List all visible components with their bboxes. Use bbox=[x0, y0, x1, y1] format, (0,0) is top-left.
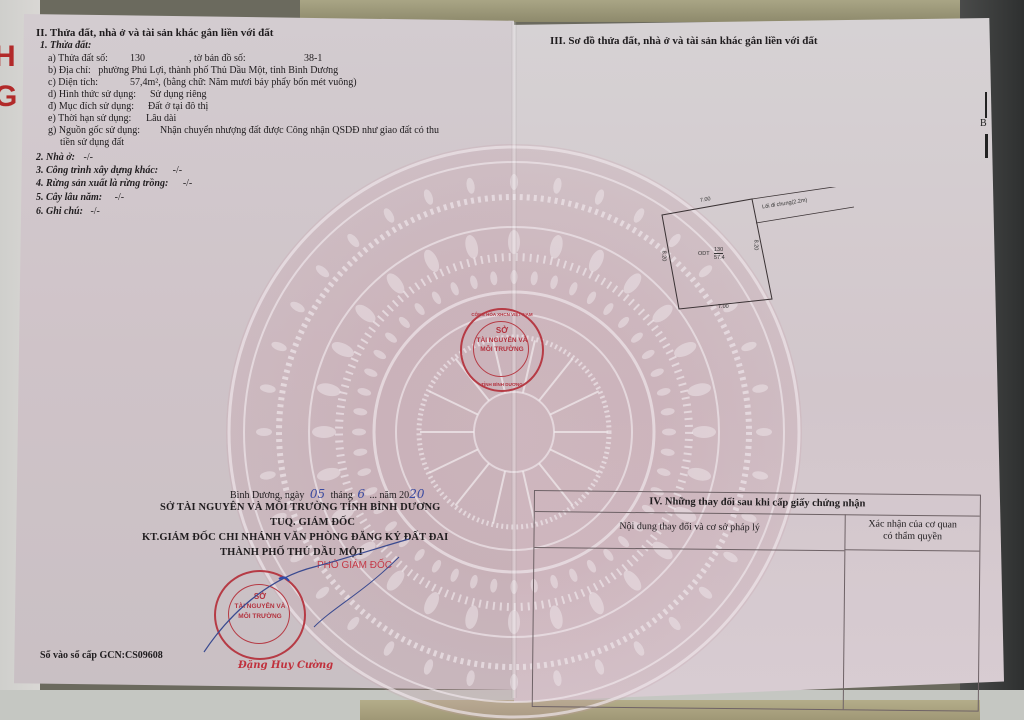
seal-line: SỞ bbox=[462, 326, 542, 336]
seal-bottom-arc: TỈNH BÌNH DƯƠNG bbox=[462, 382, 542, 387]
official-seal-center: SỞ TÀI NGUYÊN VÀ MÔI TRƯỜNG CỘNG HÒA XHC… bbox=[460, 308, 544, 392]
left-length: 8.20 bbox=[660, 251, 666, 262]
field-label: a) Thửa đất số: bbox=[48, 53, 108, 64]
date-day: 05 bbox=[310, 487, 325, 501]
item-house: 2. Nhà ở: -/- bbox=[36, 152, 93, 165]
north-arrow-icon: B bbox=[980, 92, 992, 162]
field-value: Đất ở tại đô thị bbox=[148, 101, 208, 114]
column-header-change-content: Nội dung thay đổi và cơ sở pháp lý bbox=[534, 511, 844, 551]
header-line: có thẩm quyền bbox=[845, 530, 979, 543]
parcel-diagram: 7.00 7.00 8.20 8.20 Lối đi chung(2.2m) O… bbox=[654, 187, 854, 322]
section-iii-title: III. Sơ đồ thửa đất, nhà ở và tài sản kh… bbox=[550, 35, 818, 48]
signing-date: Bình Dương, ngày 05 tháng 6 ... năm 2020 bbox=[230, 488, 424, 503]
item-other-construction: 3. Công trình xây dựng khác: -/- bbox=[36, 165, 182, 178]
registry-number: Số vào sổ cấp GCN:CS09608 bbox=[40, 650, 163, 663]
field-value: 38-1 bbox=[304, 53, 322, 66]
seal-line: TÀI NGUYÊN VÀ bbox=[462, 336, 542, 345]
item-label: 5. Cây lâu năm: bbox=[36, 192, 102, 203]
item-value: -/- bbox=[90, 206, 99, 217]
item-label: 2. Nhà ở: bbox=[36, 152, 75, 163]
date-prefix: Bình Dương, ngày bbox=[230, 490, 304, 501]
right-length: 8.20 bbox=[752, 240, 758, 251]
field-area: c) Diện tích: 57,4m², (bằng chữ: Năm mươ… bbox=[48, 77, 98, 90]
field-usage-origin: g) Nguồn gốc sử dụng: Nhận chuyển nhượng… bbox=[48, 125, 140, 138]
parcel-area: 57.4 bbox=[714, 255, 725, 261]
field-value: Lâu dài bbox=[146, 113, 176, 126]
seal-text: SỞ TÀI NGUYÊN VÀ MÔI TRƯỜNG bbox=[462, 326, 542, 354]
authority-line-2: TUQ. GIÁM ĐỐC bbox=[270, 517, 355, 530]
signer-name: Đặng Huy Cường bbox=[238, 660, 333, 671]
year-label: ... năm 20 bbox=[369, 490, 409, 501]
date-month: 6 bbox=[357, 487, 365, 501]
field-label: , tờ bản đồ số: bbox=[189, 53, 246, 66]
item-value: -/- bbox=[173, 165, 182, 176]
authority-line-1: SỞ TÀI NGUYÊN VÀ MÔI TRƯỜNG TỈNH BÌNH DƯ… bbox=[160, 502, 440, 515]
field-usage-term: e) Thời hạn sử dụng: Lâu dài bbox=[48, 113, 131, 126]
field-usage-form: d) Hình thức sử dụng: Sử dụng riêng bbox=[48, 89, 136, 102]
field-usage-origin-cont: tiền sử dụng đất bbox=[60, 137, 124, 150]
column-header-confirmation: Xác nhận của cơ quan có thẩm quyền bbox=[844, 514, 979, 551]
field-label: g) Nguồn gốc sử dụng: bbox=[48, 125, 140, 136]
land-use-certificate: II. Thửa đất, nhà ở và tài sản khác gắn … bbox=[14, 12, 1004, 702]
field-label: b) Địa chỉ: bbox=[48, 65, 91, 76]
field-value: 57,4m², (bằng chữ: Năm mươi bảy phẩy bốn… bbox=[130, 77, 357, 90]
field-value: phường Phú Lợi, thành phố Thủ Dầu Một, t… bbox=[98, 65, 338, 76]
date-year-suffix: 20 bbox=[409, 487, 424, 501]
seal-line: MÔI TRƯỜNG bbox=[462, 345, 542, 354]
bottom-length: 7.00 bbox=[718, 304, 729, 310]
land-heading: 1. Thửa đất: bbox=[40, 40, 91, 53]
section-ii-title: II. Thửa đất, nhà ở và tài sản khác gắn … bbox=[36, 27, 273, 40]
compass-label: B bbox=[980, 118, 987, 129]
item-perennial-trees: 5. Cây lâu năm: -/- bbox=[36, 192, 124, 205]
field-value: Nhận chuyển nhượng đất được Công nhận QS… bbox=[160, 125, 439, 138]
month-label: tháng bbox=[331, 490, 353, 501]
field-label: e) Thời hạn sử dụng: bbox=[48, 113, 131, 124]
changes-table: IV. Những thay đổi sau khi cấp giấy chứn… bbox=[532, 490, 981, 712]
column-divider bbox=[843, 550, 846, 709]
parcel-number: 130 bbox=[714, 247, 723, 254]
field-label: d) Hình thức sử dụng: bbox=[48, 89, 136, 100]
seal-top-arc: CỘNG HÒA XHCN VIỆT NAM bbox=[462, 312, 542, 317]
item-value: -/- bbox=[183, 178, 192, 189]
field-value: Sử dụng riêng bbox=[150, 89, 207, 102]
item-planted-forest: 4. Rừng sản xuất là rừng trồng: -/- bbox=[36, 178, 192, 191]
land-type: ODT bbox=[698, 251, 710, 257]
field-usage-purpose: đ) Mục đích sử dụng: Đất ở tại đô thị bbox=[48, 101, 134, 114]
field-address: b) Địa chỉ: phường Phú Lợi, thành phố Th… bbox=[48, 65, 338, 78]
item-value: -/- bbox=[83, 152, 92, 163]
field-label: c) Diện tích: bbox=[48, 77, 98, 88]
field-value: 130 bbox=[130, 53, 145, 66]
item-label: 6. Ghi chú: bbox=[36, 206, 83, 217]
item-notes: 6. Ghi chú: -/- bbox=[36, 206, 100, 219]
field-label: đ) Mục đích sử dụng: bbox=[48, 101, 134, 112]
signature-mark bbox=[194, 537, 424, 657]
item-label: 3. Công trình xây dựng khác: bbox=[36, 165, 158, 176]
field-parcel-number: a) Thửa đất số: 130 , tờ bản đồ số: 38-1 bbox=[48, 53, 108, 66]
item-label: 4. Rừng sản xuất là rừng trồng: bbox=[36, 178, 168, 189]
item-value: -/- bbox=[115, 192, 124, 203]
